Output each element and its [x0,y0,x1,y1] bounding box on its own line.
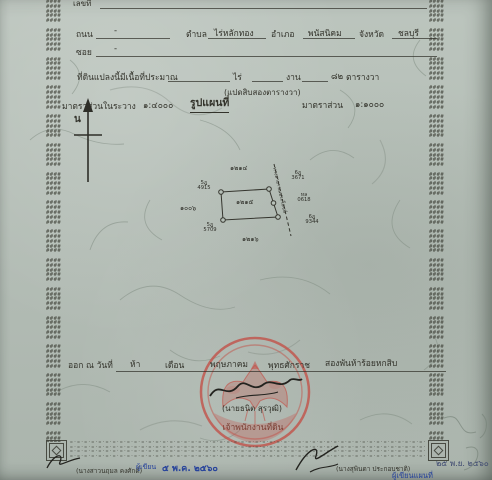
issue-year-words: สองพันห้าร้อยหกสิบ [325,356,397,370]
rai-blank-line [168,81,230,82]
doc-number-label: เลขที่ [73,0,91,10]
issue-month-label: เดือน [165,358,184,372]
scanned-land-document: #### #### #### #### #### #### #### #### … [0,0,492,480]
north-label: น [74,112,81,127]
sqwa-blank-line [302,81,328,82]
left-border-column: #### #### #### #### #### #### #### #### … [46,0,64,442]
cadastral-map-sketch: ๑๒๑๔ 5ฎ 4915 ๑๐๐๖ ๑๒๑๕ 5ฎ 5709 ๑๒๑๖ 6ฎ 3… [180,162,352,268]
boundary-marker-se: 6ฎ 9344 [301,215,323,225]
rai-label: ไร่ [233,70,242,84]
issue-month: พฤษภาคม [210,357,248,371]
scale-label: มาตราส่วน [302,98,343,112]
road-line [96,38,170,39]
land-officer-signature [206,374,306,404]
north-arrow-head [83,98,93,112]
subdistrict-line [208,38,266,39]
district-label: อำเภอ [271,27,295,41]
soi-label: ซอย [76,45,92,59]
draftsman-role: ผู้เขียนแผนที่ [392,470,433,480]
boundary-marker-ne: 6ฎ 3671 [287,171,309,181]
doc-number-line [100,8,427,9]
issue-day: ห้า [130,357,140,371]
writer-role: ผู้เขียน [136,462,156,473]
soi-value: - [114,44,117,54]
parcel-number-north: ๑๒๑๔ [230,165,247,171]
writer-date-stamp: ๕ พ.ค. ๒๕๖๐ [162,461,218,475]
province-label: จังหวัด [359,27,384,41]
road-value: - [114,26,117,36]
signatory-title: เจ้าพนักงานที่ดิน [223,420,284,434]
ngan-label: งาน [286,70,301,84]
district-line [303,38,355,39]
bottom-border-strip: =·=·=·=·=·=·=·=·=·=·=·=·=·=·=·=·=·=·=·=·… [70,441,426,460]
province-line [392,38,437,39]
ngan-blank-line [252,81,283,82]
issue-era-label: พุทธศักราช [268,358,310,372]
sqwa-value: ๘๒ [331,69,343,83]
boundary-marker-e: หล 0618 [293,193,315,203]
parcel-number-center: ๑๒๑๕ [236,199,253,205]
parcel-outline [180,162,352,268]
parcel-number-west: ๑๐๐๖ [180,205,196,211]
area-in-words: (แปดสิบสองตารางวา) [224,86,301,99]
writer-name: (นางสาวนฤมล คงศักดิ์) [76,466,142,476]
parcel-number-south: ๑๒๑๖ [242,236,259,242]
boundary-marker-nw: 5ฎ 4915 [193,181,215,191]
boundary-marker-sw: 5ฎ 5709 [199,223,221,233]
scale-value: ๑:๑๐๐๐ [355,97,384,111]
issue-prefix: ออก ณ วันที่ [68,358,113,372]
right-border-column: #### #### #### #### #### #### #### #### … [429,0,447,440]
sqwa-label: ตารางวา [346,70,379,84]
road-label: ถนน [76,27,93,41]
subdistrict-label: ตำบล [186,27,207,41]
signatory-name: (นายธนิต สุรวุฒิ) [222,402,282,415]
scale-in-sheet-value: ๑:๔๐๐๐ [143,98,173,112]
draftsman-signature [290,440,342,476]
area-prefix: ที่ดินแปลงนี้มีเนื้อที่ประมาณ [77,70,178,84]
map-figure-title: รูปแผนที่ [190,94,229,113]
soi-line [96,56,437,57]
pencil-squiggles [436,408,492,478]
